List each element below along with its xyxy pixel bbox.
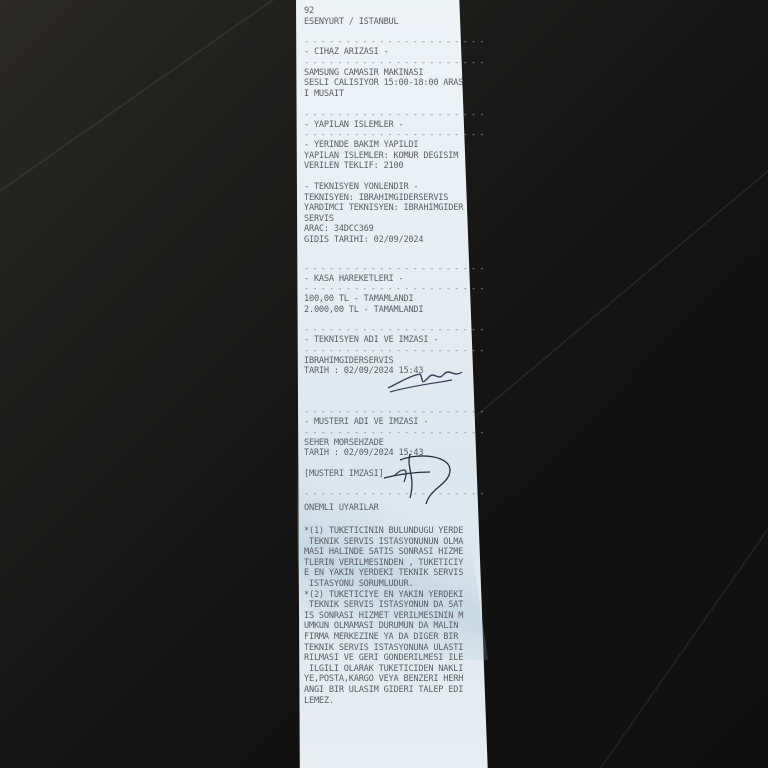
- warning-line: LEMEZ.: [304, 696, 484, 707]
- warning-line: IS SONRASI HIZMET VERILMESININ M: [304, 611, 484, 622]
- warning-line: YE,POSTA,KARGO VEYA BENZERI HERH: [304, 674, 484, 685]
- warning-line: ISTASYONU SORUMLUDUR.: [304, 579, 484, 590]
- customer-signature-section: - MUSTERI ADI VE IMZASI - - - - - - - - …: [304, 417, 484, 479]
- warning-line: ILGILI OLARAK TUKETICIDEN NAKLI: [304, 664, 484, 675]
- assignment-line: - TEKNISYEN YONLENDIR -: [304, 182, 484, 193]
- section-heading: ONEMLI UYARILAR: [304, 503, 484, 514]
- assignment-line: ARAC: 34DCC369: [304, 224, 484, 235]
- warning-line: E EN YAKIN YERDEKI TEKNIK SERVIS: [304, 568, 484, 579]
- divider: - - - - - - - - - - - - - - - - - - - - …: [304, 428, 484, 438]
- warning-line: *(1) TUKETICININ BULUNDUGU YERDE: [304, 526, 484, 537]
- divider: - - - - - - - - - - - - - - - - - - - - …: [304, 284, 484, 294]
- operation-line: - YERINDE BAKIM YAPILDI: [304, 140, 484, 151]
- warning-line: FIRMA MERKEZINE YA DA DIGER BIR: [304, 632, 484, 643]
- divider: - - - - - - - - - - - - - - - - - - - - …: [304, 489, 484, 499]
- warning-line: TEKNIK SERVIS ISTASYONUN DA SAT: [304, 600, 484, 611]
- payment-line: 100,00 TL - TAMAMLANDI: [304, 294, 484, 305]
- fault-line: SAMSUNG CAMASIR MAKINASI: [304, 68, 484, 79]
- fault-line: SESLI CALISIYOR 15:00-18:00 ARAS: [304, 78, 484, 89]
- warnings-section: ONEMLI UYARILAR *(1) TUKETICININ BULUNDU…: [304, 503, 484, 706]
- warning-line: ANGI BIR ULASIM GIDERI TALEP EDI: [304, 685, 484, 696]
- warning-line: MASI HALINDE SATIS SONRASI HIZME: [304, 547, 484, 558]
- section-heading: - CIHAZ ARIZASI -: [304, 47, 484, 58]
- warning-line: TLERIN VERILMESINDEN , TUKETICIY: [304, 558, 484, 569]
- warning-line: TEKNIK SERVIS ISTASYONUNA ULASTI: [304, 643, 484, 654]
- payment-line: 2.000,00 TL - TAMAMLANDI: [304, 305, 484, 316]
- divider: - - - - - - - - - - - - - - - - - - - - …: [304, 407, 484, 417]
- technician-name: IBRAHIMGIDERSERVIS: [304, 356, 484, 367]
- technician-signature-section: - TEKNISYEN ADI VE IMZASI - - - - - - - …: [304, 335, 484, 377]
- divider: - - - - - - - - - - - - - - - - - - - - …: [304, 325, 484, 335]
- warning-line: *(2) TUKETICIYE EN YAKIN YERDEKI: [304, 590, 484, 601]
- divider: - - - - - - - - - - - - - - - - - - - - …: [304, 58, 484, 68]
- address-line-2: ESENYURT / ISTANBUL: [304, 17, 484, 28]
- cash-section: - KASA HAREKETLERI - - - - - - - - - - -…: [304, 274, 484, 316]
- assignment-line: GIDIS TARIHI: 02/09/2024: [304, 235, 484, 246]
- divider: - - - - - - - - - - - - - - - - - - - - …: [304, 346, 484, 356]
- divider: - - - - - - - - - - - - - - - - - - - - …: [304, 130, 484, 140]
- section-heading: - TEKNISYEN ADI VE IMZASI -: [304, 335, 484, 346]
- divider: - - - - - - - - - - - - - - - - - - - - …: [304, 110, 484, 120]
- fault-line: I MUSAIT: [304, 89, 484, 100]
- technician-date: TARIH : 02/09/2024 15:43: [304, 366, 484, 377]
- assignment-line: YARDIMCI TEKNISYEN: IBRAHIMGIDER: [304, 203, 484, 214]
- operations-section: - YAPILAN ISLEMLER - - - - - - - - - - -…: [304, 120, 484, 246]
- divider: - - - - - - - - - - - - - - - - - - - - …: [304, 37, 484, 47]
- customer-date: TARIH : 02/09/2024 15:43: [304, 448, 484, 459]
- operation-line: YAPILAN ISLEMLER: KOMUR DEGISIM: [304, 151, 484, 162]
- assignment-line: SERVIS: [304, 214, 484, 225]
- section-heading: - KASA HAREKETLERI -: [304, 274, 484, 285]
- section-heading: - MUSTERI ADI VE IMZASI -: [304, 417, 484, 428]
- section-heading: - YAPILAN ISLEMLER -: [304, 120, 484, 131]
- address-line-1: 92: [304, 6, 484, 17]
- warning-line: RILMASI VE GERI GONDERILMESI ILE: [304, 653, 484, 664]
- receipt-text: 92 ESENYURT / ISTANBUL - - - - - - - - -…: [304, 0, 484, 706]
- customer-name: SEHER MORSEHZADE: [304, 438, 484, 449]
- operation-line: VERILEN TEKLIF: 2100: [304, 161, 484, 172]
- customer-signature-placeholder: [MUSTERI IMZASI]: [304, 469, 484, 480]
- device-fault-section: - CIHAZ ARIZASI - - - - - - - - - - - - …: [304, 47, 484, 99]
- assignment-line: TEKNISYEN: IBRAHIMGIDERSERVIS: [304, 193, 484, 204]
- warning-line: TEKNIK SERVIS ISTASYONUNUN OLMA: [304, 537, 484, 548]
- divider: - - - - - - - - - - - - - - - - - - - - …: [304, 264, 484, 274]
- warning-line: UMKUN OLMAMASI DURUMUN DA MALIN: [304, 621, 484, 632]
